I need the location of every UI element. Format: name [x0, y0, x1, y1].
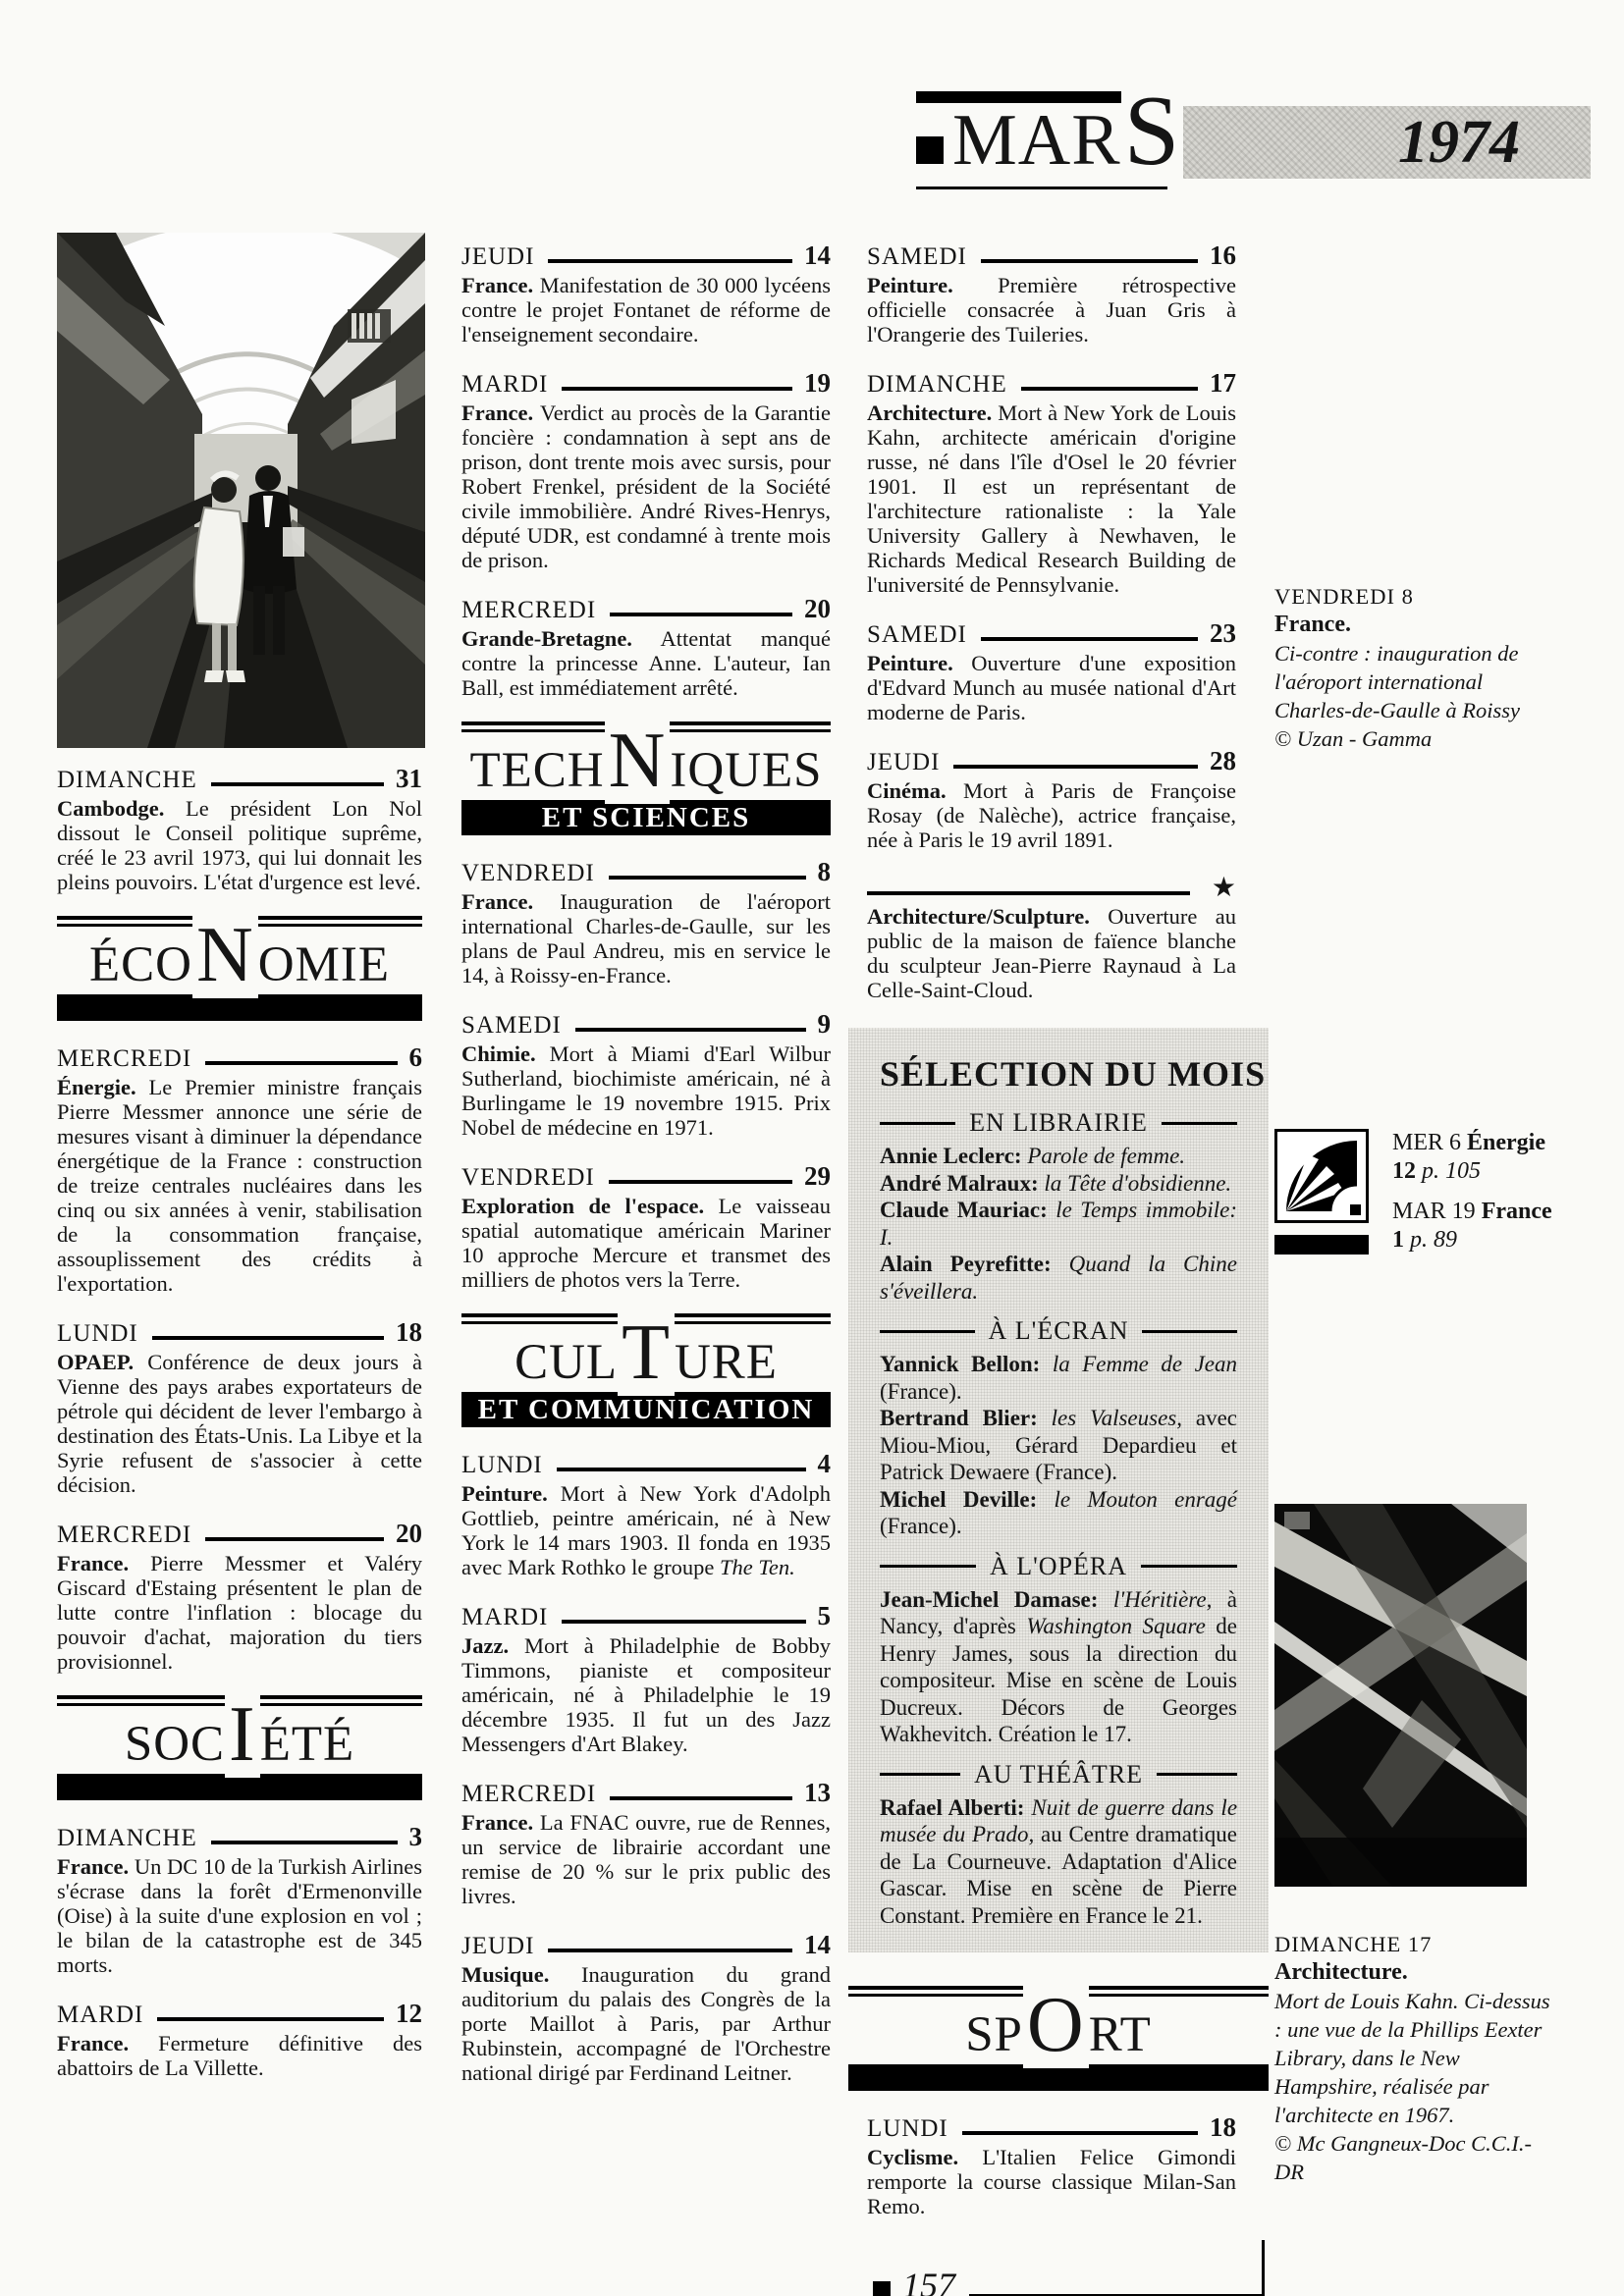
subheading-rule: [880, 1122, 955, 1125]
event-entry: MARDI 5 Jazz. Mort à Philadelphie de Bob…: [461, 1601, 831, 1756]
event-text: Cinéma. Mort à Paris de Françoise Rosay …: [867, 778, 1236, 852]
section-band: ET COMMUNICATION: [461, 1392, 831, 1427]
event-text: Cyclisme. L'Italien Felice Gimondi rempo…: [867, 2145, 1236, 2218]
cross-reference-page: 1 p. 89: [1392, 1226, 1552, 1255]
ref-date: MER 6: [1392, 1130, 1461, 1155]
caption-text: Ci-contre : inauguration de l'aéroport i…: [1274, 639, 1520, 724]
energy-fan-icon-graphic: [1274, 1129, 1369, 1223]
ref-page: p. 105: [1422, 1158, 1481, 1184]
event-text: Énergie. Le Premier ministre français Pi…: [57, 1075, 422, 1296]
section-title-big-letter: I: [225, 1691, 260, 1778]
event-text: Architecture. Mort à New York de Louis K…: [867, 400, 1236, 597]
section-title-big-letter: N: [192, 912, 258, 998]
selection-item: Claude Mauriac: le Temps immobile: I.: [880, 1197, 1237, 1251]
selection-item-name: Yannick Bellon:: [880, 1352, 1040, 1376]
caption-day: DIMANCHE 17: [1274, 1930, 1598, 1958]
event-entry-head: SAMEDI 9: [461, 1009, 831, 1041]
section-title-part: RT: [1089, 2007, 1152, 2062]
section-title-big-letter: N: [605, 718, 671, 804]
event-day: JEUDI: [461, 242, 534, 272]
cross-reference-page: 12 p. 105: [1392, 1157, 1552, 1186]
selection-item: Yannick Bellon: la Femme de Jean (France…: [880, 1351, 1237, 1405]
month-title-row: MARS: [916, 95, 1183, 177]
event-entry: LUNDI 18 Cyclisme. L'Italien Felice Gimo…: [867, 2112, 1236, 2218]
section-header-societe: SOCIÉTÉ: [57, 1695, 422, 1800]
year-label: 1974: [1398, 108, 1520, 178]
event-entry: JEUDI 14 France. Manifestation de 30 000…: [461, 240, 831, 347]
event-entry: DIMANCHE 17 Architecture. Mort à New Yor…: [867, 368, 1236, 597]
event-entry: LUNDI 18 OPAEP. Conférence de deux jours…: [57, 1317, 422, 1497]
section-band-label: ET SCIENCES: [542, 802, 750, 834]
event-day: MERCREDI: [461, 596, 596, 625]
selection-item-title: le Mouton enragé: [1055, 1487, 1237, 1512]
entry-rule: [548, 1949, 792, 1952]
event-day: MERCREDI: [57, 1044, 191, 1074]
event-day-number: 14: [804, 1930, 831, 1959]
section-title-part: URE: [675, 1335, 778, 1390]
event-entry-head: VENDREDI 8: [461, 857, 831, 888]
event-day: LUNDI: [461, 1451, 543, 1480]
event-topic: Cambodge.: [57, 796, 164, 821]
event-text: Peinture. Première rétrospective officie…: [867, 273, 1236, 347]
event-day-number: 9: [818, 1009, 832, 1039]
event-entry-head: DIMANCHE 17: [867, 368, 1236, 400]
month-title-head: MAR: [952, 100, 1121, 181]
ref-date: MAR 19: [1392, 1199, 1476, 1224]
entry-rule: [205, 1061, 397, 1065]
event-day-number: 20: [804, 594, 831, 623]
selection-item-tail: (France).: [880, 1379, 962, 1404]
event-topic: Énergie.: [57, 1075, 136, 1099]
subheading-label: AU THÉÂTRE: [974, 1760, 1143, 1789]
caption-credit: © Uzan - Gamma: [1274, 724, 1598, 753]
selection-subheading: À L'OPÉRA: [880, 1552, 1237, 1581]
section-title-part: SP: [965, 2007, 1023, 2062]
event-text: Peinture. Ouverture d'une exposition d'E…: [867, 651, 1236, 724]
selection-item-name: Rafael Alberti:: [880, 1795, 1024, 1820]
event-day: SAMEDI: [461, 1011, 562, 1041]
event-text: France. La FNAC ouvre, rue de Rennes, un…: [461, 1810, 831, 1908]
entry-rule: [609, 876, 806, 880]
section-title-part: TECH: [469, 743, 604, 798]
event-entry: DIMANCHE 31 Cambodge. Le président Lon N…: [57, 764, 422, 894]
entry-rule: [867, 891, 1190, 895]
selection-item-title: les Valseuses,: [1052, 1406, 1182, 1430]
section-header-sport: SPORT: [848, 1986, 1269, 2091]
section-title: SPORT: [848, 1998, 1269, 2062]
airport-walkway-photo: [57, 233, 425, 748]
subheading-rule: [1162, 1122, 1237, 1125]
event-entry: MERCREDI 6 Énergie. Le Premier ministre …: [57, 1042, 422, 1296]
section-header-economie: ÉCONOMIE: [57, 916, 422, 1021]
section-title: CULTURE: [461, 1325, 831, 1390]
event-day: SAMEDI: [867, 242, 967, 272]
entry-rule: [962, 2131, 1198, 2135]
event-body: Mort à Philadelphie de Bobby Timmons, pi…: [461, 1633, 831, 1756]
architecture-photo-graphic: [1274, 1504, 1527, 1887]
section-title-big-letter: T: [618, 1309, 675, 1396]
event-text: France. Fermeture définitive des abattoi…: [57, 2031, 422, 2080]
event-entry-head: MARDI 5: [461, 1601, 831, 1632]
event-day-number: 14: [804, 240, 831, 270]
event-entry: DIMANCHE 3 France. Un DC 10 de la Turkis…: [57, 1822, 422, 1977]
subheading-label: EN LIBRAIRIE: [969, 1108, 1148, 1138]
event-topic: Musique.: [461, 1962, 549, 1987]
entry-rule: [1021, 387, 1198, 391]
event-day-number: 16: [1210, 240, 1236, 270]
month-title-big-letter: S: [1121, 76, 1184, 187]
selection-item: André Malraux: la Tête d'obsidienne.: [880, 1170, 1237, 1198]
event-text: Grande-Bretagne. Attentat manqué contre …: [461, 626, 831, 700]
selection-item-name: André Malraux:: [880, 1171, 1039, 1196]
event-day: VENDREDI: [461, 1163, 595, 1193]
event-topic: Exploration de l'espace.: [461, 1194, 704, 1218]
magazine-page: MARS 1974: [0, 0, 1624, 2296]
event-topic: Jazz.: [461, 1633, 509, 1658]
event-entry-head: LUNDI 18: [57, 1317, 422, 1349]
event-entry-head: MERCREDI 13: [461, 1778, 831, 1809]
selection-item: Bertrand Blier: les Valseuses, avec Miou…: [880, 1405, 1237, 1486]
event-topic: Cyclisme.: [867, 2145, 958, 2169]
entry-rule: [548, 259, 792, 263]
event-topic: France.: [57, 2031, 129, 2056]
column-right: SAMEDI 16 Peinture. Première rétrospecti…: [867, 233, 1236, 2296]
event-day-number: 29: [804, 1161, 831, 1191]
event-entry-head: MERCREDI 20: [461, 594, 831, 625]
selection-item: Jean-Michel Damase: l'Héritière, à Nancy…: [880, 1586, 1237, 1748]
event-day: LUNDI: [867, 2114, 948, 2144]
event-topic: France.: [461, 400, 533, 425]
selection-item-title: la Femme de Jean: [1053, 1352, 1237, 1376]
selection-subheading: À L'ÉCRAN: [880, 1316, 1237, 1346]
selection-item: Alain Peyrefitte: Quand la Chine s'éveil…: [880, 1251, 1237, 1305]
star-icon: ★: [1212, 874, 1236, 903]
cross-reference-block: MER 6 Énergie 12 p. 105 MAR 19 France 1 …: [1274, 1129, 1598, 1266]
event-day: JEUDI: [461, 1932, 534, 1961]
event-text: OPAEP. Conférence de deux jours à Vienne…: [57, 1350, 422, 1497]
event-day: LUNDI: [57, 1319, 138, 1349]
section-band: [57, 1774, 422, 1800]
cross-reference-item: MER 6 Énergie 12 p. 105: [1392, 1129, 1552, 1186]
entry-rule: [575, 1028, 806, 1032]
event-day: VENDREDI: [461, 859, 595, 888]
section-title-part: CUL: [514, 1335, 618, 1390]
event-day-number: 12: [396, 1999, 422, 2028]
event-day-number: 8: [818, 857, 832, 886]
caption-airport: VENDREDI 8 France. Ci-contre : inaugurat…: [1274, 582, 1598, 753]
event-text: Musique. Inauguration du grand auditoriu…: [461, 1962, 831, 2085]
caption-text: Mort de Louis Kahn. Ci-dessus : une vue …: [1274, 1987, 1554, 2129]
subheading-rule: [1157, 1773, 1237, 1776]
section-band: [848, 2064, 1269, 2091]
event-topic: Peinture.: [867, 651, 953, 675]
page-footer: 157: [867, 2240, 1265, 2296]
event-entry: VENDREDI 8 France. Inauguration de l'aér…: [461, 857, 831, 988]
event-day: DIMANCHE: [57, 766, 197, 795]
event-day: DIMANCHE: [57, 1824, 197, 1853]
event-body: Mort à New York de Louis Kahn, architect…: [867, 400, 1236, 597]
entry-rule: [211, 782, 384, 786]
event-text: France. Pierre Messmer et Valéry Giscard…: [57, 1551, 422, 1674]
event-body-italic: The Ten.: [720, 1555, 795, 1579]
event-day-number: 4: [818, 1449, 832, 1478]
ref-topic: France: [1482, 1199, 1552, 1224]
event-entry: JEUDI 28 Cinéma. Mort à Paris de Françoi…: [867, 746, 1236, 852]
event-day-number: 5: [818, 1601, 832, 1630]
cross-reference-date: MAR 19 France: [1392, 1198, 1552, 1226]
event-entry: MERCREDI 20 Grande-Bretagne. Attentat ma…: [461, 594, 831, 700]
column-left: DIMANCHE 31 Cambodge. Le président Lon N…: [57, 233, 422, 2102]
selection-title: SÉLECTION DU MOIS: [880, 1053, 1237, 1095]
event-text: Peinture. Mort à New York d'Adolph Gottl…: [461, 1481, 831, 1579]
section-title: TECHNIQUES: [461, 733, 831, 798]
event-entry-head: ★: [867, 874, 1236, 903]
footer-bullet-square: [873, 2281, 891, 2296]
selection-item-name: Annie Leclerc:: [880, 1144, 1022, 1168]
entry-rule: [205, 1537, 384, 1541]
entry-rule: [609, 1180, 792, 1184]
event-body: Le Premier ministre français Pierre Mess…: [57, 1075, 422, 1296]
event-entry-head: JEUDI 14: [461, 1930, 831, 1961]
event-day-number: 18: [396, 1317, 422, 1347]
event-entry-head: MARDI 12: [57, 1999, 422, 2030]
entry-rule: [981, 259, 1198, 263]
selection-item-title: l'Héritière,: [1113, 1587, 1213, 1612]
cross-reference-item: MAR 19 France 1 p. 89: [1392, 1198, 1552, 1255]
energy-fan-icon: [1274, 1129, 1369, 1266]
caption-topic: France.: [1274, 611, 1598, 639]
event-entry-head: DIMANCHE 31: [57, 764, 422, 795]
icon-underline-bar: [1274, 1235, 1369, 1255]
entry-rule: [562, 387, 792, 391]
event-topic: Peinture.: [867, 273, 953, 297]
event-topic: France.: [461, 889, 533, 914]
ref-page: p. 89: [1410, 1227, 1457, 1253]
cross-reference-list: MER 6 Énergie 12 p. 105 MAR 19 France 1 …: [1392, 1129, 1552, 1266]
section-title-big-letter: O: [1023, 1982, 1089, 2068]
month-bullet-square: [916, 136, 944, 164]
event-body: Verdict au procès de la Garantie foncièr…: [461, 400, 831, 572]
event-topic: Architecture.: [867, 400, 992, 425]
event-topic: France.: [461, 1810, 533, 1835]
event-topic: France.: [461, 273, 533, 297]
event-day-number: 17: [1210, 368, 1236, 398]
selection-du-mois-box: SÉLECTION DU MOIS EN LIBRAIRIE Annie Lec…: [848, 1028, 1269, 1952]
event-entry: SAMEDI 16 Peinture. Première rétrospecti…: [867, 240, 1236, 347]
event-entry-head: JEUDI 14: [461, 240, 831, 272]
section-title-part: ÉTÉ: [260, 1717, 354, 1772]
event-entry: JEUDI 14 Musique. Inauguration du grand …: [461, 1930, 831, 2085]
event-text: Cambodge. Le président Lon Nol dissout l…: [57, 796, 422, 894]
caption-day: VENDREDI 8: [1274, 582, 1598, 611]
section-title-part: OMIE: [258, 937, 390, 992]
event-text: France. Inauguration de l'aéroport inter…: [461, 889, 831, 988]
event-entry-head: VENDREDI 29: [461, 1161, 831, 1193]
selection-item-name: Alain Peyrefitte:: [880, 1252, 1052, 1276]
event-topic: France.: [57, 1551, 129, 1575]
section-band: [57, 994, 422, 1021]
selection-item-title: la Tête d'obsidienne.: [1044, 1171, 1231, 1196]
caption-topic: Architecture.: [1274, 1958, 1598, 1987]
selection-item-name: Bertrand Blier:: [880, 1406, 1038, 1430]
section-title-part: SOC: [125, 1717, 225, 1772]
event-day: MARDI: [461, 370, 548, 400]
event-entry: LUNDI 4 Peinture. Mort à New York d'Adol…: [461, 1449, 831, 1579]
event-text: France. Verdict au procès de la Garantie…: [461, 400, 831, 572]
event-entry-head: MERCREDI 6: [57, 1042, 422, 1074]
event-topic: Architecture/Sculpture.: [867, 904, 1090, 929]
event-text: France. Un DC 10 de la Turkish Airlines …: [57, 1854, 422, 1977]
subheading-rule: [880, 1565, 976, 1568]
subheading-rule: [1141, 1565, 1237, 1568]
section-band: ET SCIENCES: [461, 800, 831, 835]
event-day-number: 28: [1210, 746, 1236, 775]
selection-item-tail-italic: Washington Square: [1026, 1614, 1206, 1638]
ref-number: 12: [1392, 1158, 1416, 1184]
caption-kahn: DIMANCHE 17 Architecture. Mort de Louis …: [1274, 1930, 1598, 2186]
event-topic: OPAEP.: [57, 1350, 134, 1374]
selection-item-title: Parole de femme.: [1027, 1144, 1185, 1168]
event-day: MERCREDI: [461, 1780, 596, 1809]
entry-rule: [953, 765, 1198, 769]
entry-rule: [981, 637, 1198, 641]
event-day: MARDI: [57, 2001, 143, 2030]
entry-rule: [211, 1841, 398, 1844]
event-day-number: 3: [409, 1822, 423, 1851]
section-title: ÉCONOMIE: [57, 928, 422, 992]
entry-rule: [610, 613, 792, 616]
event-day: MERCREDI: [57, 1521, 191, 1550]
section-title-part: IQUES: [670, 743, 822, 798]
selection-item: Rafael Alberti: Nuit de guerre dans le m…: [880, 1794, 1237, 1930]
column-middle: JEUDI 14 France. Manifestation de 30 000…: [461, 233, 831, 2107]
subheading-rule: [1142, 1330, 1237, 1333]
event-entry-head: LUNDI 4: [461, 1449, 831, 1480]
selection-item-name: Claude Mauriac:: [880, 1198, 1048, 1222]
event-entry: MARDI 12 France. Fermeture définitive de…: [57, 1999, 422, 2080]
month-title: MARS: [952, 100, 1183, 181]
event-entry-head: DIMANCHE 3: [57, 1822, 422, 1853]
section-band-label: ET COMMUNICATION: [478, 1394, 815, 1426]
event-day-number: 6: [409, 1042, 423, 1072]
event-text: Chimie. Mort à Miami d'Earl Wilbur Suthe…: [461, 1041, 831, 1140]
event-day-number: 23: [1210, 618, 1236, 648]
entry-rule: [562, 1620, 805, 1624]
entry-rule: [610, 1796, 792, 1800]
ref-number: 1: [1392, 1227, 1404, 1253]
event-text: Exploration de l'espace. Le vaisseau spa…: [461, 1194, 831, 1292]
event-text: Architecture/Sculpture. Ouverture au pub…: [867, 904, 1236, 1002]
event-text: France. Manifestation de 30 000 lycéens …: [461, 273, 831, 347]
event-day-number: 20: [396, 1519, 422, 1548]
footer-rule-tick: [1262, 2240, 1265, 2296]
section-header-culture: CULTURE ET COMMUNICATION: [461, 1313, 831, 1427]
entry-rule: [557, 1468, 806, 1471]
event-text: Jazz. Mort à Philadelphie de Bobby Timmo…: [461, 1633, 831, 1756]
event-entry-head: MARDI 19: [461, 368, 831, 400]
event-topic: Peinture.: [461, 1481, 548, 1506]
event-day-number: 13: [804, 1778, 831, 1807]
event-entry-head: SAMEDI 23: [867, 618, 1236, 650]
event-entry: SAMEDI 23 Peinture. Ouverture d'une expo…: [867, 618, 1236, 724]
event-entry-head: MERCREDI 20: [57, 1519, 422, 1550]
event-entry: MARDI 19 France. Verdict au procès de la…: [461, 368, 831, 572]
selection-subheading: EN LIBRAIRIE: [880, 1108, 1237, 1138]
event-day: SAMEDI: [867, 620, 967, 650]
caption-credit: © Mc Gangneux-Doc C.C.I.-DR: [1274, 2129, 1554, 2186]
selection-item-name: Jean-Michel Damase:: [880, 1587, 1098, 1612]
entry-rule: [157, 2017, 384, 2021]
event-entry: SAMEDI 9 Chimie. Mort à Miami d'Earl Wil…: [461, 1009, 831, 1140]
subheading-rule: [880, 1330, 975, 1333]
event-entry-star: ★ Architecture/Sculpture. Ouverture au p…: [867, 874, 1236, 1002]
event-entry-head: SAMEDI 16: [867, 240, 1236, 272]
event-day-number: 19: [804, 368, 831, 398]
selection-subheading: AU THÉÂTRE: [880, 1760, 1237, 1789]
event-entry: MERCREDI 20 France. Pierre Messmer et Va…: [57, 1519, 422, 1674]
cross-reference-date: MER 6 Énergie: [1392, 1129, 1552, 1157]
ref-topic: Énergie: [1467, 1130, 1545, 1155]
event-topic: Grande-Bretagne.: [461, 626, 632, 651]
section-title: SOCIÉTÉ: [57, 1707, 422, 1772]
section-title-part: ÉCO: [89, 937, 192, 992]
year-box: 1974: [1170, 106, 1591, 179]
subheading-rule: [880, 1773, 960, 1776]
masthead: MARS 1974: [916, 91, 1591, 199]
selection-item: Michel Deville: le Mouton enragé (France…: [880, 1486, 1237, 1540]
subheading-label: À L'ÉCRAN: [989, 1316, 1129, 1346]
event-topic: France.: [57, 1854, 129, 1879]
selection-item-tail: (France).: [880, 1514, 962, 1538]
event-entry-head: JEUDI 28: [867, 746, 1236, 777]
event-entry: VENDREDI 29 Exploration de l'espace. Le …: [461, 1161, 831, 1292]
event-day: DIMANCHE: [867, 370, 1007, 400]
masthead-rule-bottom: [916, 187, 1167, 189]
event-entry-head: LUNDI 18: [867, 2112, 1236, 2144]
event-topic: Chimie.: [461, 1041, 536, 1066]
selection-item: Annie Leclerc: Parole de femme.: [880, 1143, 1237, 1170]
event-day-number: 18: [1210, 2112, 1236, 2142]
selection-item-name: Michel Deville:: [880, 1487, 1037, 1512]
event-day: MARDI: [461, 1603, 548, 1632]
entry-rule: [152, 1336, 384, 1340]
event-day-number: 31: [396, 764, 422, 793]
architecture-photo: [1274, 1504, 1598, 1887]
event-entry: MERCREDI 13 France. La FNAC ouvre, rue d…: [461, 1778, 831, 1908]
section-header-techniques: TECHNIQUES ET SCIENCES: [461, 721, 831, 835]
subheading-label: À L'OPÉRA: [990, 1552, 1127, 1581]
event-topic: Cinéma.: [867, 778, 947, 803]
event-day: JEUDI: [867, 748, 940, 777]
page-number: 157: [902, 2268, 955, 2296]
